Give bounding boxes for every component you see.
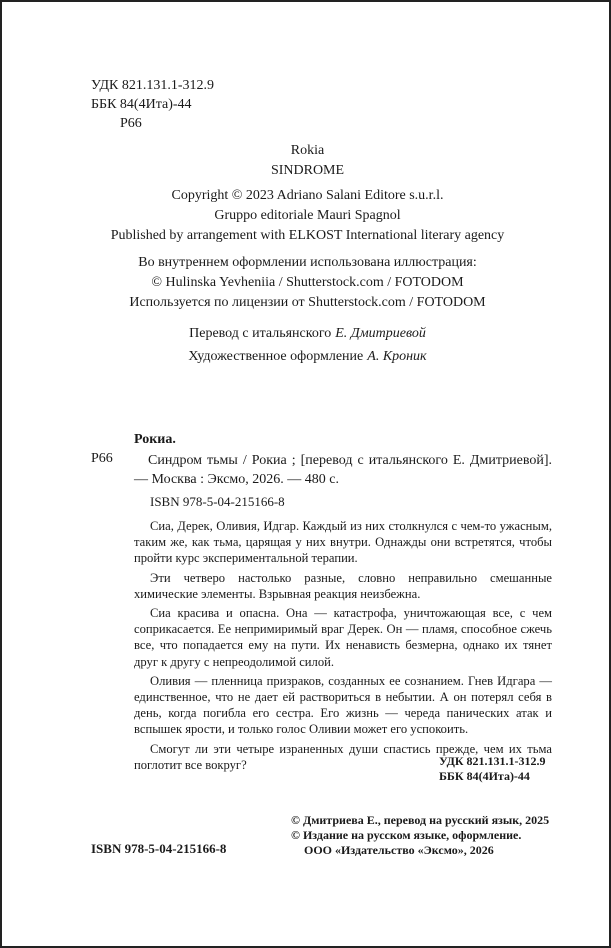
- annotation-paragraph: Сиа, Дерек, Оливия, Идгар. Каждый из них…: [134, 518, 552, 567]
- copyright-line: Gruppo editoriale Mauri Spagnol: [2, 206, 611, 226]
- copyright-line: Copyright © 2023 Adriano Salani Editore …: [2, 186, 611, 206]
- translation-label: Перевод с итальянского: [189, 326, 331, 341]
- design-credit: Художественное оформлениеА. Кроник: [2, 345, 611, 368]
- illustration-line: © Hulinska Yevheniia / Shutterstock.com …: [2, 273, 611, 293]
- translation-credit: Перевод с итальянскогоЕ. Дмитриевой: [2, 322, 611, 345]
- bbk-code: ББК 84(4Ита)-44: [439, 769, 546, 784]
- original-edition: Rokia SINDROME: [2, 141, 611, 181]
- page-frame: УДК 821.131.1-312.9 ББК 84(4Ита)-44 Р66 …: [0, 0, 611, 948]
- copyright-translation: © Дмитриева Е., перевод на русский язык,…: [291, 813, 549, 828]
- annotation-paragraph: Сиа красива и опасна. Она — катастрофа, …: [134, 605, 552, 670]
- copyright-edition: © Издание на русском языке, оформление.: [291, 828, 549, 843]
- illustration-line: Во внутреннем оформлении использована ил…: [2, 253, 611, 273]
- credits: Перевод с итальянскогоЕ. Дмитриевой Худо…: [2, 322, 611, 368]
- translator-name: Е. Дмитриевой: [335, 326, 426, 341]
- bbk-code: ББК 84(4Ита)-44: [91, 95, 214, 114]
- illustration-credit: Во внутреннем оформлении использована ил…: [2, 253, 611, 313]
- original-author: Rokia: [2, 141, 611, 161]
- udk-code: УДК 821.131.1-312.9: [439, 754, 546, 769]
- udk-code: УДК 821.131.1-312.9: [91, 76, 214, 95]
- designer-name: А. Кроник: [367, 349, 426, 364]
- biblio-isbn: ISBN 978-5-04-215166-8: [150, 494, 285, 510]
- author-sign: Р66: [91, 114, 214, 133]
- copyright-bottom: © Дмитриева Е., перевод на русский язык,…: [291, 813, 549, 858]
- biblio-author: Рокиа.: [134, 432, 176, 448]
- annotation-paragraph: Эти четверо настолько разные, словно неп…: [134, 570, 552, 602]
- classification-bottom: УДК 821.131.1-312.9 ББК 84(4Ита)-44: [439, 754, 546, 784]
- original-title: SINDROME: [2, 161, 611, 181]
- classification-top: УДК 821.131.1-312.9 ББК 84(4Ита)-44 Р66: [91, 76, 214, 133]
- copyright-publisher: ООО «Издательство «Эксмо», 2026: [291, 843, 549, 858]
- annotation: Сиа, Дерек, Оливия, Идгар. Каждый из них…: [134, 518, 552, 776]
- biblio-code: Р66: [91, 451, 113, 467]
- copyright-line: Published by arrangement with ELKOST Int…: [2, 226, 611, 246]
- isbn-bottom: ISBN 978-5-04-215166-8: [91, 841, 226, 857]
- illustration-line: Используется по лицензии от Shutterstock…: [2, 293, 611, 313]
- original-copyright: Copyright © 2023 Adriano Salani Editore …: [2, 186, 611, 246]
- design-label: Художественное оформление: [188, 349, 363, 364]
- biblio-description: Синдром тьмы / Рокиа ; [перевод с италья…: [134, 451, 552, 489]
- annotation-paragraph: Оливия — пленница призраков, созданных е…: [134, 673, 552, 738]
